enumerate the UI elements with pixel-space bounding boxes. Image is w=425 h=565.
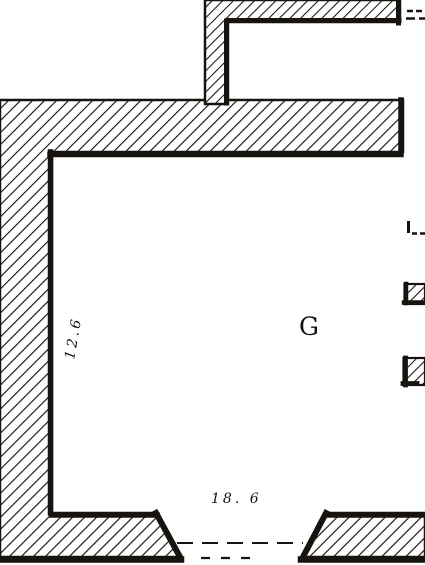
right-edge-pier-b xyxy=(403,358,425,385)
floor-plan-drawing: 12.6 G 18. 6 xyxy=(0,0,425,565)
room-label: G xyxy=(299,312,320,341)
engraved-floor-plan-page: 12.6 G 18. 6 xyxy=(0,0,425,565)
door-opening-dimension-label: 18. 6 xyxy=(211,491,262,507)
bottom-right-wall-group xyxy=(301,513,425,560)
right-edge-pier-a xyxy=(404,284,425,304)
